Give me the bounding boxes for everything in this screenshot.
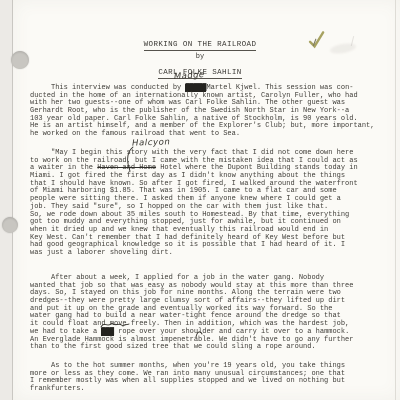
text-segment: rope over your shoulder and carry it ove…: [114, 328, 349, 336]
text-segment: Martel Kjwel. This session was con-: [206, 84, 353, 92]
handwritten-name-correction: Madge: [174, 70, 205, 82]
text-line: was just a laborer shoveling dirt.: [30, 250, 358, 258]
paragraph-2: "May I begin this story with the very fa…: [30, 150, 358, 258]
paragraph-4: As to the hot summer months, when you're…: [30, 363, 345, 394]
handwritten-squiggle-correction: [100, 320, 130, 330]
text-line: than to the first good sized tree that w…: [30, 344, 353, 352]
text-segment: we had to take a: [30, 328, 101, 336]
handwritten-hotel-correction: Halcyon: [132, 137, 171, 148]
paragraph-3: After about a week, I applied for a job …: [30, 275, 353, 352]
text-segment: This interview was conducted by: [30, 84, 185, 92]
handwritten-insertion-mark: [194, 329, 204, 338]
blotted-out-word: █████: [185, 84, 206, 92]
byline: by: [0, 53, 400, 61]
document-title: WORKING ON THE RAILROAD: [144, 41, 257, 51]
text-line: frankfurters.: [30, 386, 345, 394]
handwritten-insertion-line: [124, 146, 136, 172]
punch-hole: [2, 217, 18, 233]
text-line: he worked on the famous railroad that we…: [30, 131, 374, 139]
paragraph-1: This interview was conducted by █████Mar…: [30, 85, 374, 139]
